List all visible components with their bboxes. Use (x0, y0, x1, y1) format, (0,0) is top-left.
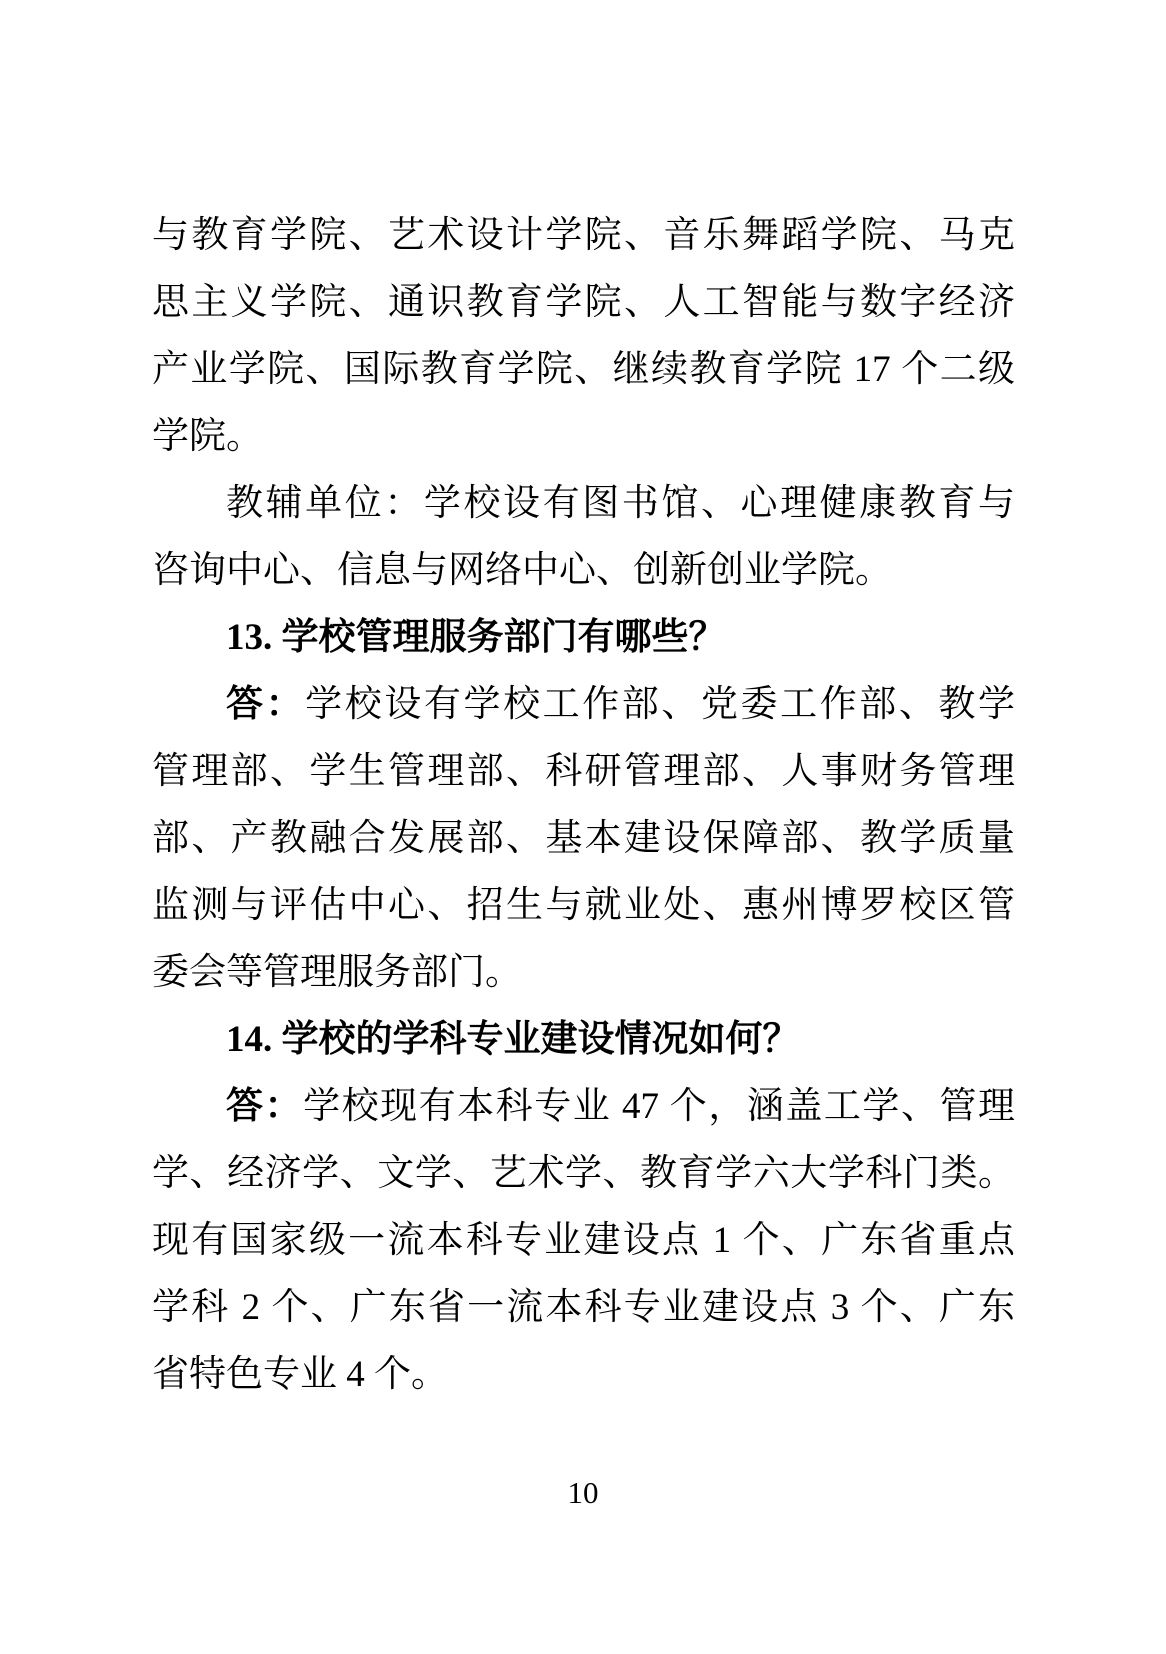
document-page: 与教育学院、艺术设计学院、音乐舞蹈学院、马克思主义学院、通识教育学院、人工智能与… (0, 0, 1166, 1654)
text-line: 与教育学院、艺术设计学院、音乐舞蹈学院、马克 (152, 202, 1015, 269)
text-segment: 部、产教融合发展部、基本建设保障部、教学质量 (152, 818, 1015, 859)
text-segment: 学校现有本科专业 47 个，涵盖工学、管理 (303, 1086, 1015, 1127)
question-heading-line: 13. 学校管理服务部门有哪些？ (152, 604, 1015, 671)
text-segment: 学校设有学校工作部、党委工作部、教学 (305, 684, 1015, 725)
text-segment: 委会等管理服务部门。 (152, 952, 522, 993)
text-line: 省特色专业 4 个。 (152, 1341, 1015, 1408)
bold-text-segment: 14. 学校的学科专业建设情况如何？ (226, 1019, 800, 1060)
text-line: 思主义学院、通识教育学院、人工智能与数字经济 (152, 269, 1015, 336)
text-segment: 产业学院、国际教育学院、继续教育学院 17 个二级 (152, 349, 1015, 390)
text-line: 答：学校设有学校工作部、党委工作部、教学 (152, 671, 1015, 738)
text-segment: 教辅单位：学校设有图书馆、心理健康教育与 (226, 483, 1015, 524)
text-segment: 咨询中心、信息与网络中心、创新创业学院。 (152, 550, 892, 591)
text-segment: 学科 2 个、广东省一流本科专业建设点 3 个、广东 (152, 1287, 1015, 1328)
question-heading-line: 14. 学校的学科专业建设情况如何？ (152, 1006, 1015, 1073)
text-line: 部、产教融合发展部、基本建设保障部、教学质量 (152, 805, 1015, 872)
text-line: 答：学校现有本科专业 47 个，涵盖工学、管理 (152, 1073, 1015, 1140)
text-segment: 监测与评估中心、招生与就业处、惠州博罗校区管 (152, 885, 1015, 926)
document-body: 与教育学院、艺术设计学院、音乐舞蹈学院、马克思主义学院、通识教育学院、人工智能与… (152, 202, 1015, 1408)
text-segment: 思主义学院、通识教育学院、人工智能与数字经济 (152, 282, 1015, 323)
text-line: 产业学院、国际教育学院、继续教育学院 17 个二级 (152, 336, 1015, 403)
text-line: 学科 2 个、广东省一流本科专业建设点 3 个、广东 (152, 1274, 1015, 1341)
text-segment: 现有国家级一流本科专业建设点 1 个、广东省重点 (152, 1220, 1015, 1261)
page-number: 10 (0, 1476, 1166, 1510)
bold-text-segment: 答： (226, 1086, 303, 1127)
text-line: 现有国家级一流本科专业建设点 1 个、广东省重点 (152, 1207, 1015, 1274)
text-segment: 与教育学院、艺术设计学院、音乐舞蹈学院、马克 (152, 215, 1015, 256)
text-segment: 省特色专业 4 个。 (152, 1354, 448, 1395)
text-line: 学、经济学、文学、艺术学、教育学六大学科门类。 (152, 1140, 1015, 1207)
text-line: 学院。 (152, 403, 1015, 470)
text-segment: 学院。 (152, 416, 263, 457)
text-line: 管理部、学生管理部、科研管理部、人事财务管理 (152, 738, 1015, 805)
text-line: 咨询中心、信息与网络中心、创新创业学院。 (152, 537, 1015, 604)
text-line: 委会等管理服务部门。 (152, 939, 1015, 1006)
text-segment: 管理部、学生管理部、科研管理部、人事财务管理 (152, 751, 1015, 792)
text-line: 监测与评估中心、招生与就业处、惠州博罗校区管 (152, 872, 1015, 939)
text-segment: 学、经济学、文学、艺术学、教育学六大学科门类。 (152, 1153, 1015, 1194)
bold-text-segment: 13. 学校管理服务部门有哪些？ (226, 617, 726, 658)
text-line: 教辅单位：学校设有图书馆、心理健康教育与 (152, 470, 1015, 537)
bold-text-segment: 答： (226, 684, 305, 725)
